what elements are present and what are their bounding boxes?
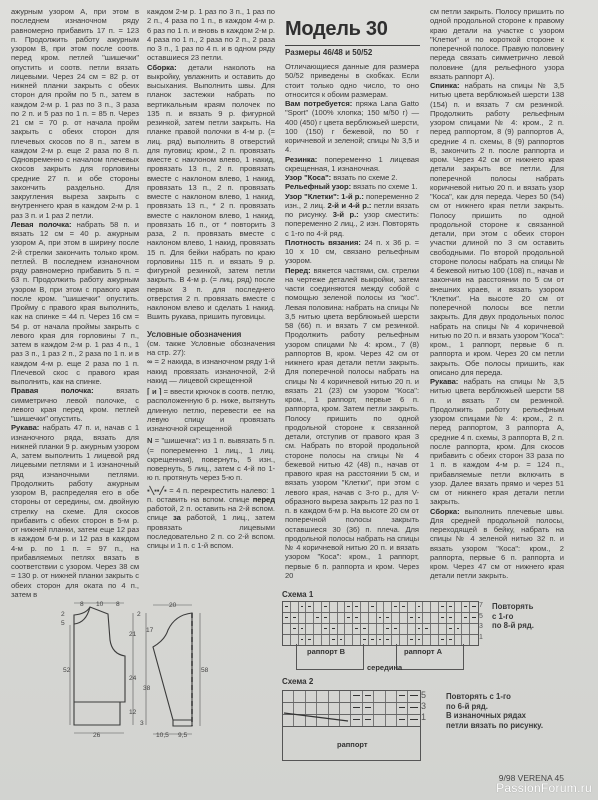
knit-stitch-cell: [400, 613, 408, 623]
purl-stitch-cell: [439, 602, 447, 612]
column-3: Отличающиеся данные для размера 50/52 пр…: [285, 62, 419, 580]
schema-1-grid: [282, 601, 479, 646]
purl-stitch-cell: [455, 624, 463, 634]
column-4: см петли закрыть. Полосу пришить по одно…: [430, 7, 564, 581]
knit-stitch-cell: [455, 613, 463, 623]
purl-stitch-cell: [416, 602, 424, 612]
purl-stitch-cell: [377, 613, 385, 623]
purl-stitch-cell: [447, 602, 455, 612]
right-front-paragraph: Правая полочка: вязать симметрично левой…: [11, 386, 139, 423]
purl-stitch-cell: [299, 624, 307, 634]
braid-paragraph: Узор "Коса": вязать по схеме 2.: [285, 173, 419, 182]
knit-stitch-cell: [470, 635, 478, 645]
purl-stitch-cell: [283, 602, 291, 612]
knit-stitch-cell: [392, 613, 400, 623]
purl-stitch-cell: [369, 635, 377, 645]
purl-stitch-cell: [416, 624, 424, 634]
legend-title: Условные обозначения: [147, 330, 275, 339]
assembly-label: Сборка:: [147, 63, 177, 72]
svg-text:9,5: 9,5: [178, 732, 187, 739]
svg-text:5: 5: [61, 620, 65, 627]
knit-stitch-cell: [377, 602, 385, 612]
chart-row: [283, 613, 478, 624]
svg-text:24: 24: [129, 675, 137, 682]
svg-text:58: 58: [201, 667, 209, 674]
left-front-label: Левая полочка:: [11, 220, 71, 229]
schema-2-row-numbers: 5 3 1: [421, 690, 426, 723]
purl-stitch-cell: [322, 624, 330, 634]
purl-stitch-cell: [353, 602, 361, 612]
knit-stitch-cell: [400, 624, 408, 634]
legend-reference: (см. также Условные обозначения на стр. …: [147, 339, 275, 358]
knit-stitch-cell: [314, 624, 322, 634]
model-title: Модель 30: [285, 18, 420, 46]
relief-paragraph: Рельефный узор: вязать по схеме 1.: [285, 182, 419, 191]
knit-stitch-cell: [361, 613, 369, 623]
purl-stitch-cell: [384, 624, 392, 634]
legend-item: ∞ = 2 накида, в изнаночном ряду 1-й наки…: [147, 357, 275, 385]
svg-text:2: 2: [61, 611, 65, 618]
knit-stitch-cell: [384, 602, 392, 612]
purl-stitch-cell: [283, 613, 291, 623]
braid-slant-line: [282, 690, 422, 726]
purl-stitch-cell: [400, 602, 408, 612]
purl-stitch-cell: [369, 602, 377, 612]
purl-stitch-cell: [299, 602, 307, 612]
long-loop-icon: ⌈ и ⌉: [147, 387, 162, 396]
svg-text:52: 52: [63, 667, 71, 674]
knit-stitch-cell: [330, 613, 338, 623]
purl-stitch-cell: [392, 624, 400, 634]
purl-stitch-cell: [353, 613, 361, 623]
purl-stitch-cell: [345, 602, 353, 612]
svg-text:3: 3: [140, 720, 144, 727]
purl-stitch-cell: [306, 602, 314, 612]
back-paragraph: Спинка: набрать на спицы № 3,5 нитью цве…: [430, 81, 564, 377]
legend-item: N = "шишечка": из 1 п. вывязать 5 п. (= …: [147, 436, 275, 482]
purl-stitch-cell: [291, 613, 299, 623]
knit-stitch-cell: [431, 613, 439, 623]
svg-text:26: 26: [93, 732, 101, 739]
right-front-label: Правая полочка:: [11, 386, 94, 395]
knit-stitch-cell: [455, 602, 463, 612]
purl-stitch-cell: [408, 613, 416, 623]
purl-stitch-cell: [291, 624, 299, 634]
sleeves-continued-text: каждом 2-м р. 1 раз по 3 п., 1 раз по 2 …: [147, 7, 275, 63]
sleeves-paragraph: Рукава: набрать на спицы № 3,5 нитью цве…: [430, 377, 564, 507]
purl-stitch-cell: [377, 635, 385, 645]
assembly-paragraph: Сборка: детали наколоть на выкройку, увл…: [147, 63, 275, 322]
chart-row: [283, 624, 478, 635]
knit-stitch-cell: [431, 624, 439, 634]
schema-2-note: Повторять с 1-го по 6-й ряд. В изнаночны…: [446, 692, 543, 730]
knit-stitch-cell: [306, 624, 314, 634]
middle-label: середина: [367, 663, 402, 672]
schema-2-title: Схема 2: [282, 677, 313, 686]
purl-stitch-cell: [392, 602, 400, 612]
column-1: ажурным узором А, при этом в последнем и…: [11, 7, 139, 599]
schema-1-note: Повторять с 1-го по 8-й ряд.: [492, 602, 534, 631]
purl-stitch-cell: [330, 624, 338, 634]
intro-text: Отличающиеся данные для размера 50/52 пр…: [285, 62, 419, 99]
schema-1-title: Схема 1: [282, 590, 313, 599]
back-continued-text: ажурным узором А, при этом в последнем и…: [11, 7, 139, 220]
purl-stitch-cell: [447, 624, 455, 634]
sizes-heading: Размеры 46/48 и 50/52: [285, 48, 372, 57]
purl-stitch-cell: [384, 613, 392, 623]
gauge-paragraph: Плотность вязания: 24 п. х 36 р. = 10 х …: [285, 238, 419, 266]
left-front-paragraph: Левая полочка: набрать 58 п. и вязать 12…: [11, 220, 139, 387]
purl-stitch-cell: [423, 624, 431, 634]
svg-text:20: 20: [169, 602, 177, 609]
sleeves-paragraph: Рукава: набрать 47 п. и, начав с 1 изнан…: [11, 423, 139, 599]
knit-stitch-cell: [470, 624, 478, 634]
purl-stitch-cell: [353, 624, 361, 634]
knit-stitch-cell: [299, 613, 307, 623]
knit-stitch-cell: [431, 602, 439, 612]
knit-stitch-cell: [369, 624, 377, 634]
chart-row: [283, 602, 478, 613]
purl-stitch-cell: [462, 613, 470, 623]
purl-stitch-cell: [470, 602, 478, 612]
knit-stitch-cell: [283, 624, 291, 634]
front-paragraph: Перед: вяжется частями, см. стрелки на ч…: [285, 266, 419, 581]
svg-text:10,5: 10,5: [156, 732, 169, 739]
svg-text:38: 38: [143, 685, 151, 692]
knit-stitch-cell: [338, 602, 346, 612]
knit-stitch-cell: [306, 613, 314, 623]
knit-stitch-cell: [291, 602, 299, 612]
purl-stitch-cell: [322, 602, 330, 612]
rapport-a-label: раппорт А: [404, 647, 442, 656]
knit-stitch-cell: [338, 624, 346, 634]
knit-stitch-cell: [314, 602, 322, 612]
purl-stitch-cell: [314, 613, 322, 623]
purl-stitch-cell: [447, 613, 455, 623]
legend-item: ⌈ и ⌉ = ввести крючок в соотв. петлю, ра…: [147, 387, 275, 433]
dim-top-2: 10: [96, 601, 104, 608]
knit-stitch-cell: [408, 602, 416, 612]
sleeves-label: Рукава:: [11, 423, 39, 432]
knit-stitch-cell: [423, 613, 431, 623]
rapport-b-label: раппорт В: [307, 647, 345, 656]
column-2: каждом 2-м р. 1 раз по 3 п., 1 раз по 2 …: [147, 7, 275, 550]
purl-stitch-cell: [439, 613, 447, 623]
dim-top-3: 8: [116, 601, 120, 608]
svg-text:21: 21: [129, 631, 137, 638]
garment-pattern-drawing: 8 10 8 2 5 52 2 21 24 12 26 17 38 3 20 5…: [0, 580, 270, 800]
knit-stitch-cell: [462, 624, 470, 634]
check-pattern-paragraph: Узор "Клетки": 1-й р.: попеременно 2 изн…: [285, 192, 419, 238]
assembly-paragraph: Сборка: выполнить плечевые швы. Для сред…: [430, 507, 564, 581]
svg-text:17: 17: [146, 627, 154, 634]
knit-stitch-cell: [423, 602, 431, 612]
svg-text:12: 12: [129, 709, 137, 716]
knit-stitch-cell: [408, 624, 416, 634]
materials-paragraph: Вам потребуется: пряжа Lana Gatto "Sport…: [285, 99, 419, 155]
schema-1-row-numbers: 7 5 3 1: [479, 601, 483, 643]
knit-stitch-cell: [330, 602, 338, 612]
rib-paragraph: Резинка: попеременно 1 лицевая скрещенна…: [285, 155, 419, 174]
purl-stitch-cell: [361, 624, 369, 634]
watermark: PassionForum.ru: [496, 781, 592, 795]
svg-text:2: 2: [137, 611, 141, 618]
knit-stitch-cell: [345, 624, 353, 634]
purl-stitch-cell: [345, 613, 353, 623]
knit-stitch-cell: [361, 602, 369, 612]
knit-stitch-cell: [283, 635, 291, 645]
rapport-label: раппорт: [337, 740, 368, 749]
knit-stitch-cell: [369, 613, 377, 623]
purl-stitch-cell: [416, 613, 424, 623]
legend-item: ▪╲▪▪╱▪ = 4 п. перекрестить налево: 1 п. …: [147, 486, 275, 551]
front-continued-text: см петли закрыть. Полосу пришить по одно…: [430, 7, 564, 81]
purl-stitch-cell: [322, 613, 330, 623]
knit-stitch-cell: [377, 624, 385, 634]
purl-stitch-cell: [470, 613, 478, 623]
knit-stitch-cell: [439, 624, 447, 634]
dim-top-1: 8: [80, 601, 84, 608]
magazine-page: ажурным узором А, при этом в последнем и…: [0, 0, 598, 800]
cable-cross-left-icon: ▪╲▪▪╱▪: [147, 486, 167, 495]
purl-stitch-cell: [462, 602, 470, 612]
knit-stitch-cell: [338, 613, 346, 623]
purl-stitch-cell: [384, 635, 392, 645]
